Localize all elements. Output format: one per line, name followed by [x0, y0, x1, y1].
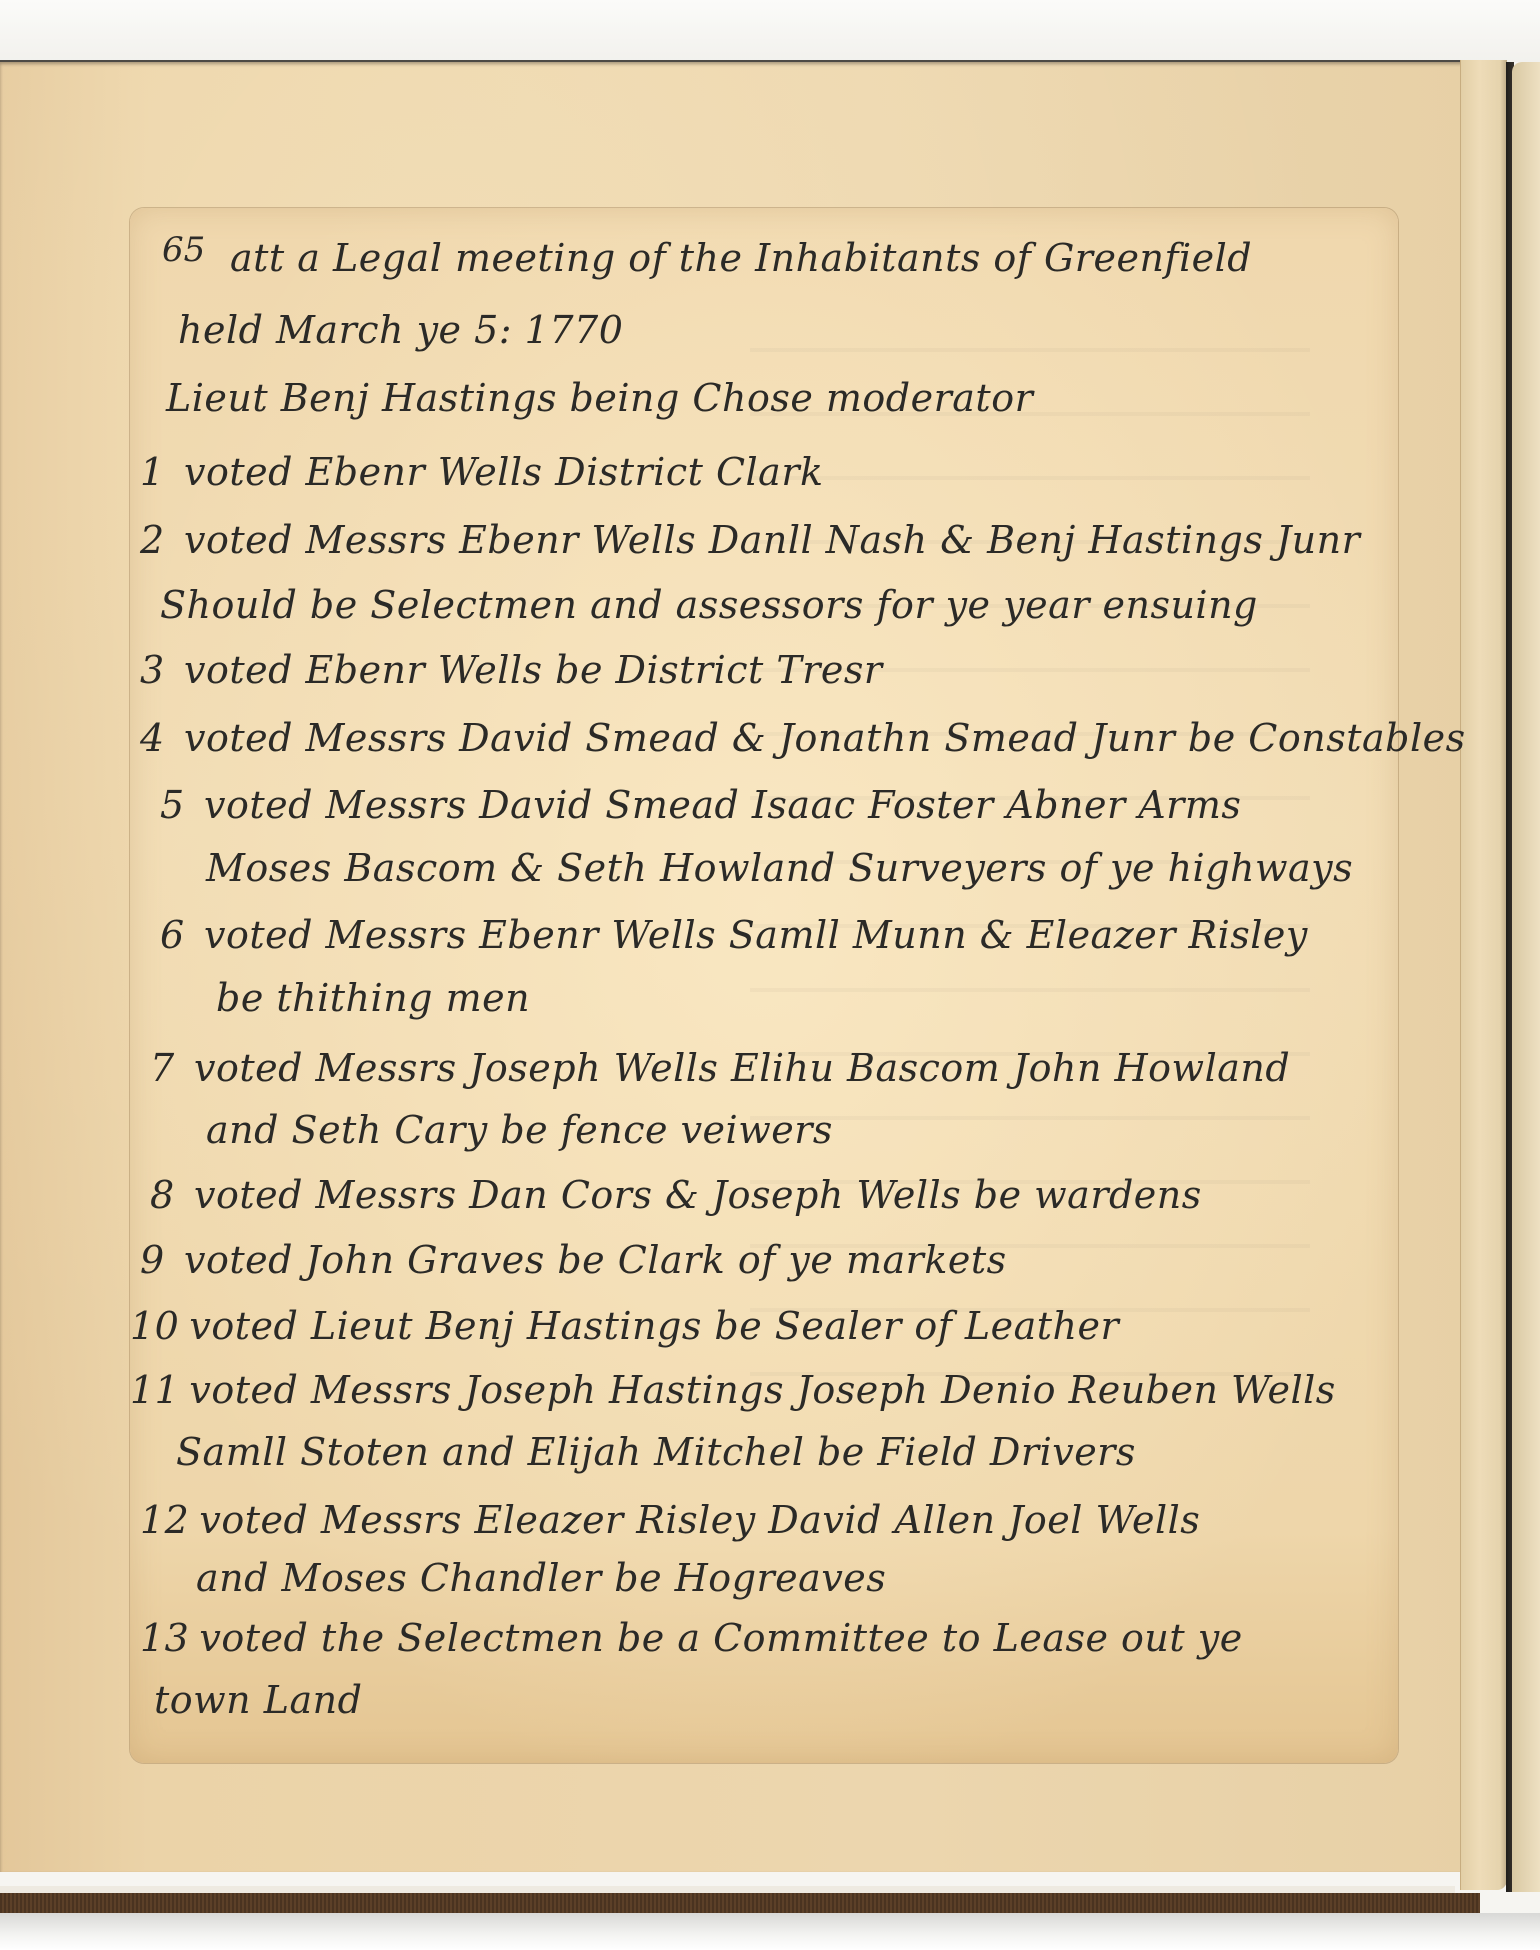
- vote-text: voted Messrs Dan Cors & Joseph Wells be …: [194, 1173, 1202, 1217]
- header-line: Lieut Benj Hastings being Chose moderato…: [166, 376, 1033, 420]
- vote-text: voted John Graves be Clark of ye markets: [184, 1238, 1007, 1282]
- vote-number: 10: [130, 1304, 179, 1348]
- scan-background-top: [0, 0, 1540, 62]
- vote-number: 8: [150, 1173, 184, 1217]
- facing-page-edge: [1512, 62, 1540, 1892]
- vote-number: 2: [140, 518, 174, 562]
- vote-entry: 12voted Messrs Eleazer Risley David Alle…: [140, 1498, 1200, 1542]
- vote-number: 7: [150, 1046, 184, 1090]
- vote-continuation: and Moses Chandler be Hogreaves: [196, 1556, 886, 1600]
- vote-text: voted Ebenr Wells be District Tresr: [184, 648, 883, 692]
- vote-entry: 9voted John Graves be Clark of ye market…: [140, 1238, 1007, 1282]
- vote-number: 6: [160, 913, 194, 957]
- vote-continuation: town Land: [154, 1678, 362, 1722]
- header-line: held March ye 5: 1770: [178, 308, 623, 352]
- vote-entry: 13voted the Selectmen be a Committee to …: [140, 1616, 1243, 1660]
- vote-text: voted Messrs Ebenr Wells Samll Munn & El…: [204, 913, 1308, 957]
- vote-entry: 7voted Messrs Joseph Wells Elihu Bascom …: [150, 1046, 1290, 1090]
- vote-entry: 10voted Lieut Benj Hastings be Sealer of…: [130, 1304, 1119, 1348]
- vote-continuation: Moses Bascom & Seth Howland Surveyers of…: [206, 846, 1353, 890]
- vote-entry: 8voted Messrs Dan Cors & Joseph Wells be…: [150, 1173, 1202, 1217]
- binding-gutter: [1460, 60, 1507, 1890]
- vote-text: voted Ebenr Wells District Clark: [184, 450, 824, 494]
- vote-entry: 4voted Messrs David Smead & Jonathn Smea…: [140, 716, 1466, 760]
- vote-number: 1: [140, 450, 174, 494]
- vote-entry: 11voted Messrs Joseph Hastings Joseph De…: [130, 1368, 1336, 1412]
- scan-background-bottom: [0, 1913, 1540, 1950]
- vote-entry: 6voted Messrs Ebenr Wells Samll Munn & E…: [160, 913, 1308, 957]
- vote-entry: 2voted Messrs Ebenr Wells Danll Nash & B…: [140, 518, 1360, 562]
- book-bottom-edge: [0, 1893, 1480, 1913]
- vote-number: 3: [140, 648, 174, 692]
- vote-number: 11: [130, 1368, 179, 1412]
- vote-number: 13: [140, 1616, 189, 1660]
- vote-text: voted Messrs Joseph Wells Elihu Bascom J…: [194, 1046, 1290, 1090]
- vote-text: voted Messrs Ebenr Wells Danll Nash & Be…: [184, 518, 1360, 562]
- vote-text: voted Messrs Eleazer Risley David Allen …: [199, 1498, 1200, 1542]
- header-line: att a Legal meeting of the Inhabitants o…: [230, 236, 1252, 280]
- vote-text: voted Lieut Benj Hastings be Sealer of L…: [189, 1304, 1119, 1348]
- vote-number: 9: [140, 1238, 174, 1282]
- vote-number: 4: [140, 716, 174, 760]
- vote-number: 12: [140, 1498, 189, 1542]
- manuscript-leaf: 65 att a Legal meeting of the Inhabitant…: [130, 208, 1398, 1763]
- vote-text: voted the Selectmen be a Committee to Le…: [199, 1616, 1242, 1660]
- vote-text: voted Messrs Joseph Hastings Joseph Deni…: [189, 1368, 1335, 1412]
- vote-continuation: be thithing men: [216, 976, 530, 1020]
- vote-entry: 1voted Ebenr Wells District Clark: [140, 450, 824, 494]
- vote-text: voted Messrs David Smead & Jonathn Smead…: [184, 716, 1466, 760]
- vote-entry: 3voted Ebenr Wells be District Tresr: [140, 648, 883, 692]
- manuscript-text: att a Legal meeting of the Inhabitants o…: [130, 208, 1398, 1763]
- vote-number: 5: [160, 783, 194, 827]
- vote-text: voted Messrs David Smead Isaac Foster Ab…: [204, 783, 1241, 827]
- vote-continuation: and Seth Cary be fence veiwers: [206, 1108, 833, 1152]
- vote-continuation: Samll Stoten and Elijah Mitchel be Field…: [176, 1430, 1136, 1474]
- vote-entry: 5voted Messrs David Smead Isaac Foster A…: [160, 783, 1241, 827]
- vote-continuation: Should be Selectmen and assessors for ye…: [160, 583, 1258, 627]
